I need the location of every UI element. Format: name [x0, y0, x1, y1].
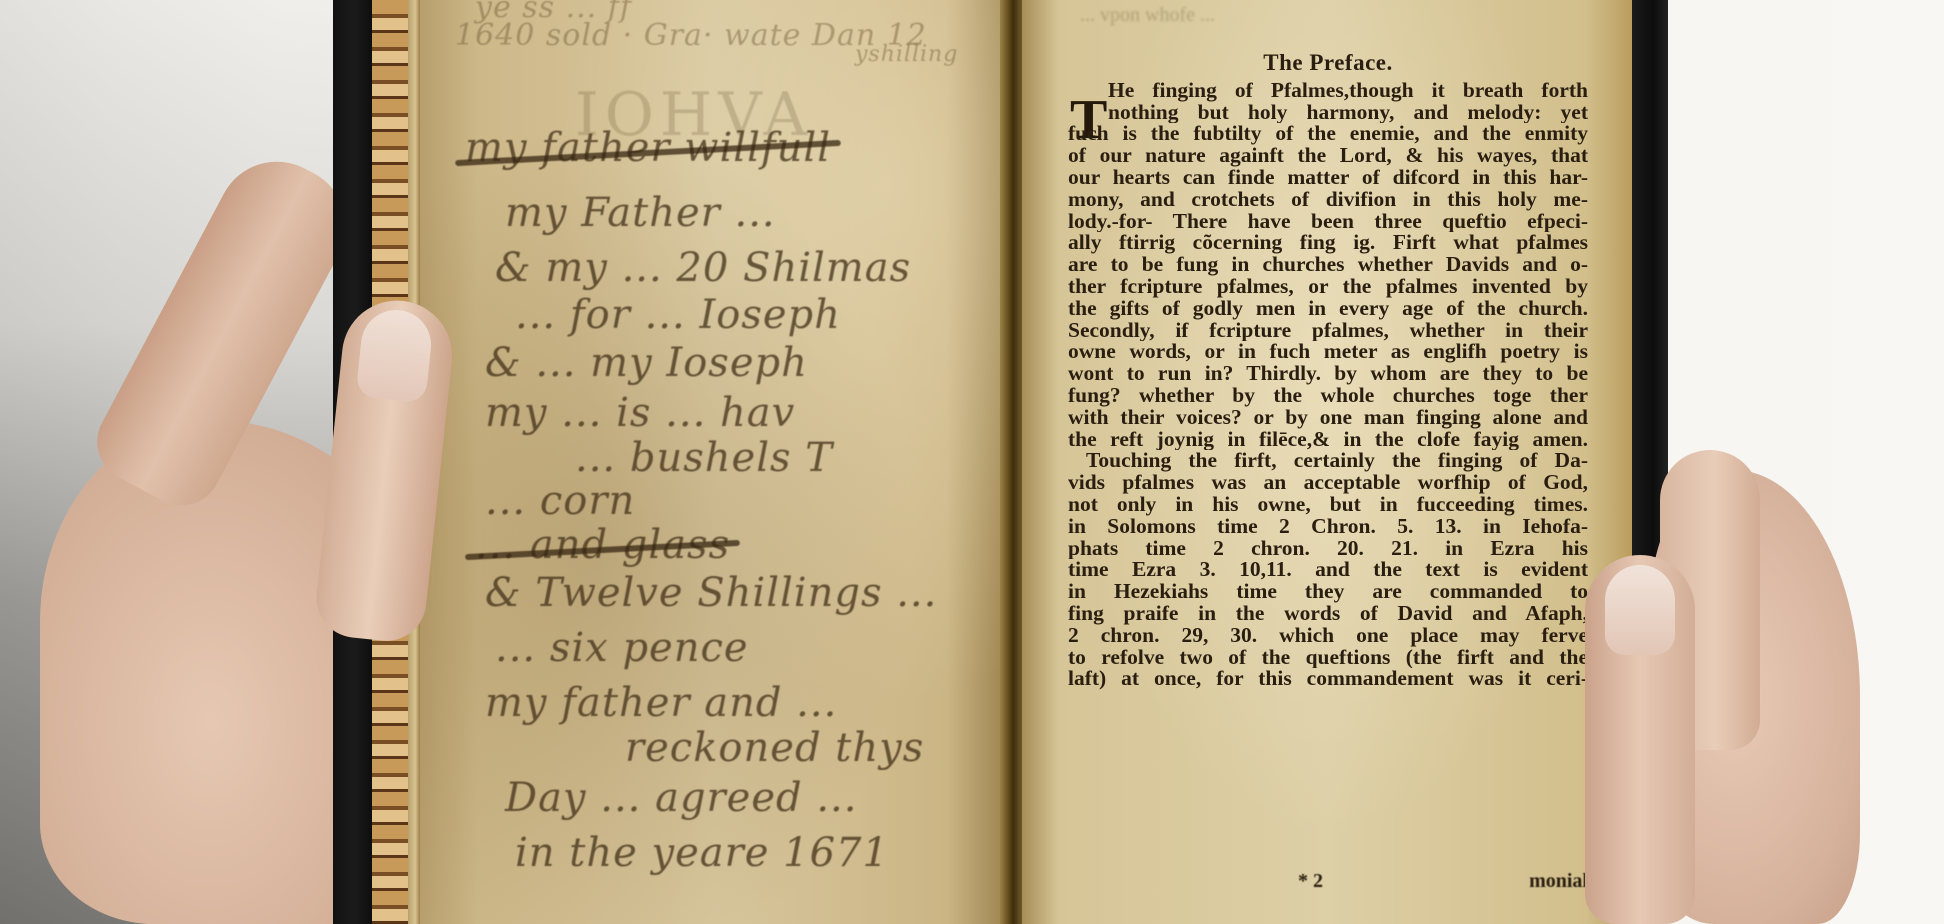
text-line: time Ezra 3. 10,11. and the text is evid…: [1068, 559, 1588, 581]
text-line: phats time 2 chron. 20. 21. in Ezra his: [1068, 538, 1588, 560]
right-thumbnail: [1605, 565, 1675, 655]
handwritten-line: my Father ...: [505, 190, 776, 236]
text-line: with their voices? or by one man finging…: [1068, 407, 1588, 429]
photo-scene: ye ss ... ff 1640 sold · Gra· wate Dan 1…: [0, 0, 1944, 924]
text-line: Touching the firft, certainly the fingin…: [1068, 450, 1588, 472]
handwritten-line: & my ... 20 Shilmas: [495, 245, 911, 291]
text-line: mony, and crotchets of divifion in this …: [1068, 189, 1588, 211]
text-line: in Hezekiahs time they are commanded to: [1068, 581, 1588, 603]
bleed-through-text: ... vpon whofe ...: [1080, 4, 1215, 27]
text-line: the gifts of godly men in every age of t…: [1068, 298, 1588, 320]
signature-mark: * 2: [1298, 870, 1323, 893]
handwritten-line-struck: ... and glass: [475, 522, 730, 568]
catchword: monial: [1529, 870, 1588, 893]
text-line: owne words, or in fuch meter as englifh …: [1068, 341, 1588, 363]
handwritten-line: reckoned thys: [625, 725, 924, 771]
handwritten-line: Day ... agreed ...: [505, 775, 857, 821]
preface-title: The Preface.: [1068, 52, 1588, 74]
text-line: fing praife in the words of David and Af…: [1068, 603, 1588, 625]
text-line: He finging of Pfalmes,though it breath f…: [1068, 80, 1588, 102]
book-gutter: [1000, 0, 1024, 924]
text-line: not only in his owne, but in fucceeding …: [1068, 494, 1588, 516]
text-line: laft) at once, for this commandement was…: [1068, 668, 1588, 690]
text-line: ther fcripture pfalmes, or the pfalmes i…: [1068, 276, 1588, 298]
handwritten-line: ... corn: [485, 478, 635, 524]
text-line: our hearts can finde matter of difcord i…: [1068, 167, 1588, 189]
text-line: wont to run in? Thirdly. by whom are the…: [1068, 363, 1588, 385]
handwritten-line: ... for ... Ioseph: [515, 292, 841, 338]
handwritten-line: my ... is ... hav: [485, 390, 795, 436]
text-line: Secondly, if fcripture pfalmes, whether …: [1068, 320, 1588, 342]
text-line: are to be fung in churches whether David…: [1068, 254, 1588, 276]
preface-text: The Preface. He finging of Pfalmes,thoug…: [1068, 52, 1588, 690]
handwritten-line: ... bushels T: [575, 435, 833, 481]
text-line: in Solomons time 2 Chron. 5. 13. in Ieho…: [1068, 516, 1588, 538]
text-line: vids pfalmes was an acceptable worfhip o…: [1068, 472, 1588, 494]
handwritten-line: & Twelve Shillings ...: [485, 570, 937, 616]
handwritten-line: yshilling: [855, 42, 958, 67]
text-line: the reft joynig in filēce,& in the clofe…: [1068, 429, 1588, 451]
book-cover-right-edge: [1632, 0, 1668, 560]
handwritten-line: & ... my Ioseph: [485, 340, 808, 386]
handwritten-inscriptions: ye ss ... ff 1640 sold · Gra· wate Dan 1…: [455, 0, 995, 924]
text-line: nothing but holy harmony, and melody: ye…: [1068, 102, 1588, 124]
handwritten-line-struck: my father willfull: [465, 125, 831, 171]
text-line: fung? whether by the whole churches toge…: [1068, 385, 1588, 407]
handwritten-line: my father and ...: [485, 680, 837, 726]
handwritten-line: in the yeare 1671: [515, 830, 889, 876]
text-line: ally ftirrig cõcerning fing ig. Firft wh…: [1068, 232, 1588, 254]
page-footer: * 2 monial: [1068, 870, 1588, 893]
text-line: 2 chron. 29, 30. which one place may fer…: [1068, 625, 1588, 647]
text-line: lody.-for- There have been three queftio…: [1068, 211, 1588, 233]
text-line: of our nature againft the Lord, & his wa…: [1068, 145, 1588, 167]
handwritten-line: ... six pence: [495, 625, 749, 671]
text-line: fuch is the fubtilty of the enemie, and …: [1068, 123, 1588, 145]
text-line: to refolve two of the queftions (the fir…: [1068, 647, 1588, 669]
